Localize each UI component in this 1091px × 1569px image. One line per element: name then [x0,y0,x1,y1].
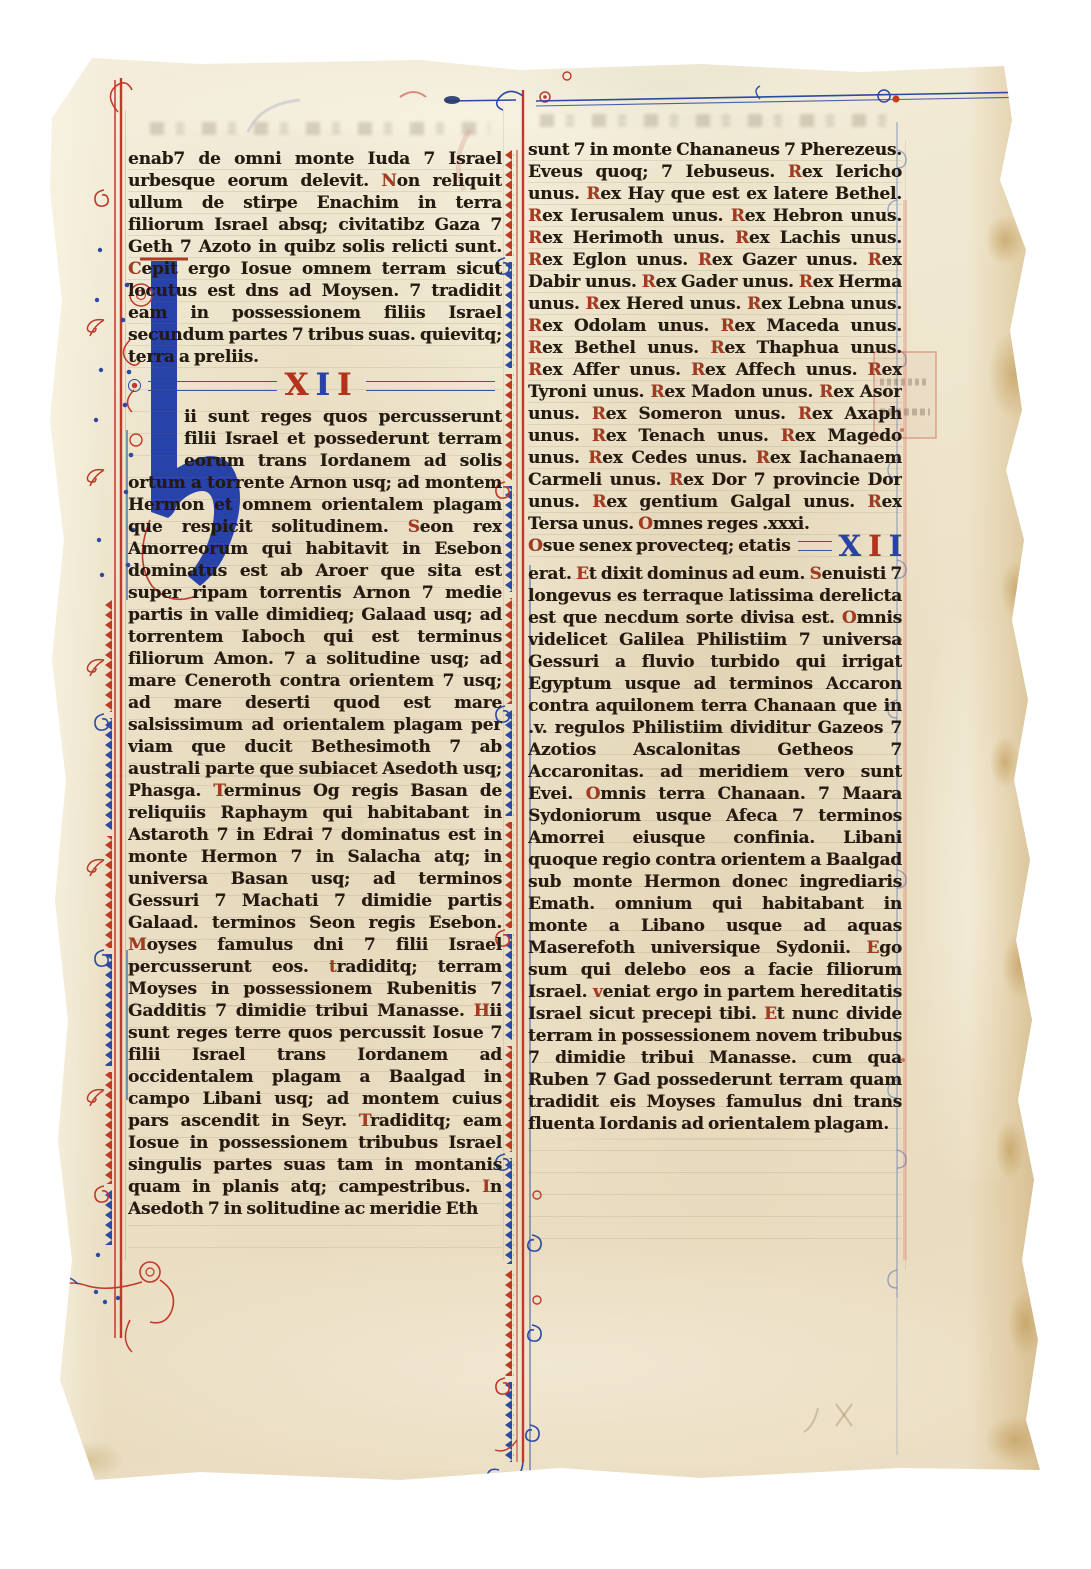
text-column-right: sunt 7 in monte Chananeus 7 Pherezeus. E… [528,139,902,1251]
heading-rule [366,381,495,391]
latin-text-block: erat. Et dixit dominus ad eum. Senuisti … [528,563,902,1135]
photo-background: enab7 de omni monte Iuda 7 Israel urbesq… [0,0,1091,1569]
heading-rule [148,381,277,391]
chapter-number: XII [284,369,358,402]
chapter-numeral-xiii: Osue senex provecteq; etatis XIII [528,535,902,557]
chapter-number: XIII [839,535,902,557]
latin-text-block: sunt 7 in monte Chananeus 7 Pherezeus. E… [528,139,902,535]
chapter-numeral-xii: XII [128,369,502,402]
initial-indent [128,406,184,452]
manuscript-leaf: enab7 de omni monte Iuda 7 Israel urbesq… [0,0,1091,1569]
text-column-left: enab7 de omni monte Iuda 7 Israel urbesq… [128,148,502,1254]
left-bar-bottom-knot [52,1262,174,1352]
chapter-opening-words: Osue senex provecteq; etatis [528,535,791,557]
latin-text-block: enab7 de omni monte Iuda 7 Israel urbesq… [128,148,502,368]
bottom-ghost-marks [804,1404,852,1432]
heading-rule [798,541,832,551]
latin-text-block: ii sunt reges quos percusserunt filii Is… [128,406,502,1220]
flourish-curl-icon [128,379,141,392]
